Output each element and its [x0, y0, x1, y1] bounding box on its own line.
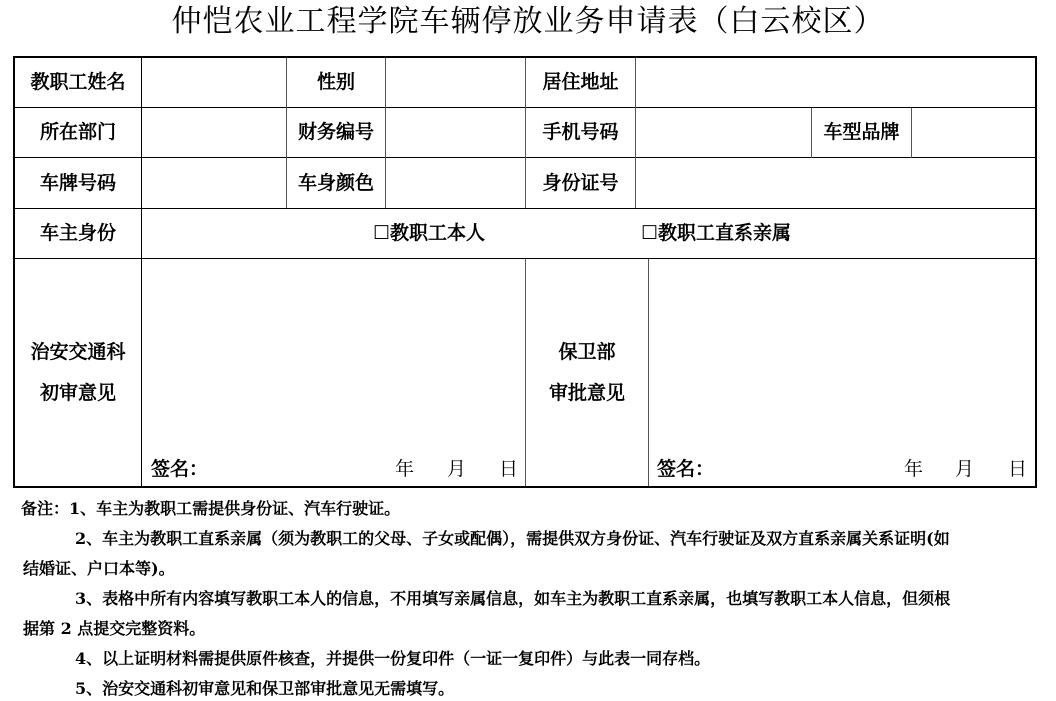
car-brand-label: 车型品牌	[812, 108, 911, 157]
notes-section: 备注：1、车主为教职工需提供身份证、汽车行驶证。 2、车主为教职工直系亲属（须为…	[23, 494, 1048, 701]
traffic-date-year: 年	[395, 454, 414, 481]
traffic-signature-label: 签名：	[151, 454, 208, 481]
owner-identity-label: 车主身份	[15, 209, 141, 258]
traffic-review-label-line2: 初审意见	[40, 384, 116, 403]
id-number-field[interactable]	[636, 158, 1035, 208]
option-staff-self-label: 教职工本人	[390, 224, 485, 243]
page-title: 仲恺农业工程学院车辆停放业务申请表（白云校区）	[0, 2, 1056, 42]
phone-label: 手机号码	[526, 108, 635, 157]
finance-no-label: 财务编号	[287, 108, 385, 157]
gender-label: 性别	[287, 58, 385, 107]
note-2: 2、车主为教职工直系亲属（须为教职工的父母、子女或配偶），需提供双方身份证、汽车…	[23, 524, 1048, 554]
note-4: 4、以上证明材料需提供原件核查，并提供一份复印件（一证一复印件）与此表一同存档。	[23, 644, 1048, 674]
finance-no-field[interactable]	[386, 108, 525, 157]
note-5: 5、治安交通科初审意见和保卫部审批意见无需填写。	[23, 674, 1048, 701]
staff-name-field[interactable]	[142, 58, 286, 107]
security-approval-opinion-area[interactable]	[649, 259, 1035, 449]
plate-label: 车牌号码	[15, 158, 141, 208]
option-staff-relative-label: 教职工直系亲属	[658, 224, 791, 243]
security-date-month: 月	[955, 454, 974, 481]
row-divider	[15, 208, 1035, 209]
gender-field[interactable]	[386, 58, 525, 107]
department-field[interactable]	[142, 108, 286, 157]
staff-name-label: 教职工姓名	[15, 58, 141, 107]
traffic-review-label: 治安交通科 初审意见	[15, 259, 141, 486]
body-color-label: 车身颜色	[287, 158, 385, 208]
security-approval-label-line2: 审批意见	[549, 384, 625, 403]
note-3: 3、表格中所有内容填写教职工本人的信息，不用填写亲属信息，如车主为教职工直系亲属…	[23, 584, 1048, 614]
security-signature-label: 签名：	[657, 454, 714, 481]
plate-field[interactable]	[142, 158, 286, 208]
option-staff-relative[interactable]: ☐ 教职工直系亲属	[641, 209, 821, 258]
security-date-day: 日	[1008, 454, 1027, 481]
security-approval-label: 保卫部 审批意见	[526, 259, 648, 486]
security-approval-label-line1: 保卫部	[558, 343, 615, 362]
note-3-cont: 据第 2 点提交完整资料。	[23, 614, 1048, 644]
traffic-review-opinion-area[interactable]	[142, 259, 525, 449]
option-staff-self[interactable]: ☐ 教职工本人	[373, 209, 503, 258]
security-date-year: 年	[904, 454, 923, 481]
checkbox-icon[interactable]: ☐	[373, 224, 390, 243]
checkbox-icon[interactable]: ☐	[641, 224, 658, 243]
address-label: 居住地址	[526, 58, 635, 107]
id-number-label: 身份证号	[526, 158, 635, 208]
department-label: 所在部门	[15, 108, 141, 157]
address-field[interactable]	[636, 58, 1035, 107]
traffic-date-day: 日	[499, 454, 518, 481]
application-form: 教职工姓名 性别 居住地址 所在部门 财务编号 手机号码 车型品牌 车牌号码 车…	[13, 56, 1037, 488]
body-color-field[interactable]	[386, 158, 525, 208]
phone-field[interactable]	[636, 108, 811, 157]
note-1: 备注：1、车主为教职工需提供身份证、汽车行驶证。	[21, 494, 1048, 524]
traffic-date-month: 月	[447, 454, 466, 481]
note-2-cont: 结婚证、户口本等)。	[23, 554, 1048, 584]
car-brand-field[interactable]	[912, 108, 1035, 157]
traffic-review-label-line1: 治安交通科	[30, 343, 125, 362]
